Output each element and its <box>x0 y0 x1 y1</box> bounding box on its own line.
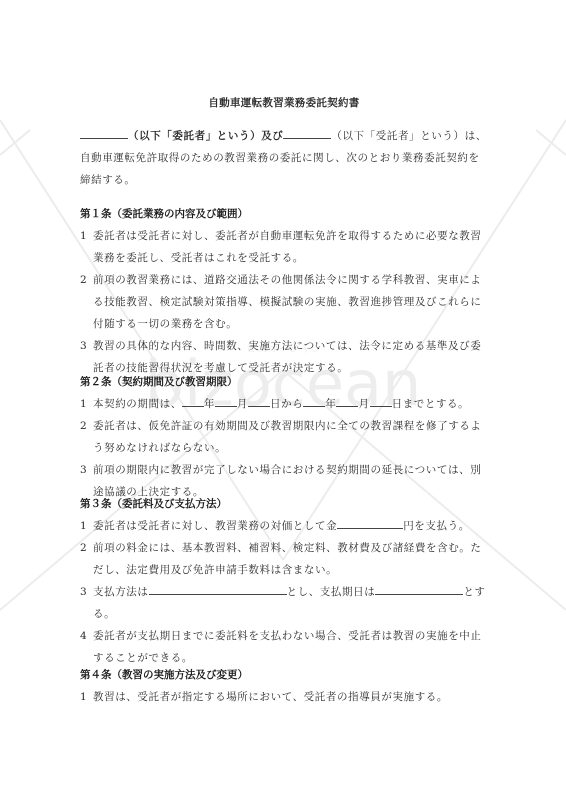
article-heading: 第１条（委託業務の内容及び範囲） <box>80 203 488 225</box>
clause: 1 本契約の期間は、年月日から年月日までとする。 <box>80 393 488 415</box>
text-fragment: 本契約の期間は、 <box>93 398 182 410</box>
clause-text: 前項の料金には、基本教習料、補習料、検定料、教材費及び諸経費を含む。ただし、法定… <box>93 537 488 581</box>
clause-text: 委託者は受託者に対し、教習業務の対価として金円を支払う。 <box>93 515 488 537</box>
clause: 1 委託者は受託者に対し、教習業務の対価として金円を支払う。 <box>80 515 488 537</box>
clause-text: 本契約の期間は、年月日から年月日までとする。 <box>93 393 488 415</box>
text-fragment: 委託者は受託者に対し、教習業務の対価として金 <box>93 520 337 532</box>
fee-amount-blank[interactable] <box>337 518 403 529</box>
clause-number: 2 <box>80 537 93 581</box>
end-year-blank[interactable] <box>303 396 325 407</box>
article-heading: 第２条（契約期間及び教習期限） <box>80 371 488 393</box>
clause-number: 1 <box>80 393 93 415</box>
clause-number: 2 <box>80 269 93 335</box>
article-heading: 第３条（委託料及び支払方法） <box>80 493 488 515</box>
clause-number: 4 <box>80 625 93 669</box>
article-2: 第２条（契約期間及び教習期限） 1 本契約の期間は、年月日から年月日までとする。… <box>80 371 488 503</box>
text-fragment: 月 <box>358 398 369 410</box>
document-title: 自動車運転教習業務委託契約書 <box>80 95 488 110</box>
start-year-blank[interactable] <box>182 396 204 407</box>
article-1: 第１条（委託業務の内容及び範囲） 1 委託者は受託者に対し、委託者が自動車運転免… <box>80 203 488 379</box>
clause-text: 委託者は、仮免許証の有効期間及び教習期限内に全ての教習課程を修了するよう努めなけ… <box>93 415 488 459</box>
text-fragment: 日までとする。 <box>392 398 470 410</box>
clause: 1 教習は、受託者が指定する場所において、受託者の指導員が実施する。 <box>80 686 488 708</box>
end-day-blank[interactable] <box>370 396 392 407</box>
clause-text: 前項の教習業務には、道路交通法その他関係法令に関する学科教習、実車による技能教習… <box>93 269 488 335</box>
clause: 4 委託者が支払期日までに委託料を支払わない場合、受託者は教習の実施を中止するこ… <box>80 625 488 669</box>
article-4: 第４条（教習の実施方法及び変更） 1 教習は、受託者が指定する場所において、受託… <box>80 664 488 708</box>
preamble-part1: （以下「委託者」という）及び <box>128 130 283 142</box>
text-fragment: 月 <box>237 398 248 410</box>
clause-text: 教習は、受託者が指定する場所において、受託者の指導員が実施する。 <box>93 686 488 708</box>
text-fragment: 年 <box>204 398 215 410</box>
clause-text: 委託者は受託者に対し、委託者が自動車運転免許を取得するために必要な教習業務を委託… <box>93 225 488 269</box>
clause: 2 前項の料金には、基本教習料、補習料、検定料、教材費及び諸経費を含む。ただし、… <box>80 537 488 581</box>
payment-due-date-blank[interactable] <box>375 584 463 595</box>
text-fragment: とし、支払期日は <box>287 586 376 598</box>
contractor-name-blank[interactable] <box>283 128 331 139</box>
clause: 1 委託者は受託者に対し、委託者が自動車運転免許を取得するために必要な教習業務を… <box>80 225 488 269</box>
clause-number: 1 <box>80 686 93 708</box>
clause: 3 支払方法はとし、支払期日はとする。 <box>80 581 488 625</box>
start-day-blank[interactable] <box>248 396 270 407</box>
clause: 2 前項の教習業務には、道路交通法その他関係法令に関する学科教習、実車による技能… <box>80 269 488 335</box>
clause-text: 支払方法はとし、支払期日はとする。 <box>93 581 488 625</box>
clause-number: 3 <box>80 581 93 625</box>
clause: 2 委託者は、仮免許証の有効期間及び教習期限内に全ての教習課程を修了するよう努め… <box>80 415 488 459</box>
clause-number: 1 <box>80 225 93 269</box>
article-3: 第３条（委託料及び支払方法） 1 委託者は受託者に対し、教習業務の対価として金円… <box>80 493 488 669</box>
end-month-blank[interactable] <box>336 396 358 407</box>
text-fragment: 日から <box>270 398 303 410</box>
start-month-blank[interactable] <box>215 396 237 407</box>
text-fragment: 支払方法は <box>93 586 149 598</box>
article-heading: 第４条（教習の実施方法及び変更） <box>80 664 488 686</box>
text-fragment: 円を支払う。 <box>403 520 470 532</box>
clause-text: 委託者が支払期日までに委託料を支払わない場合、受託者は教習の実施を中止することが… <box>93 625 488 669</box>
clause-number: 1 <box>80 515 93 537</box>
text-fragment: 年 <box>325 398 336 410</box>
clause-number: 2 <box>80 415 93 459</box>
preamble: （以下「委託者」という）及び（以下「受託者」という）は、自動車運転免許取得のため… <box>80 125 488 191</box>
principal-name-blank[interactable] <box>80 128 128 139</box>
payment-method-blank[interactable] <box>149 584 287 595</box>
